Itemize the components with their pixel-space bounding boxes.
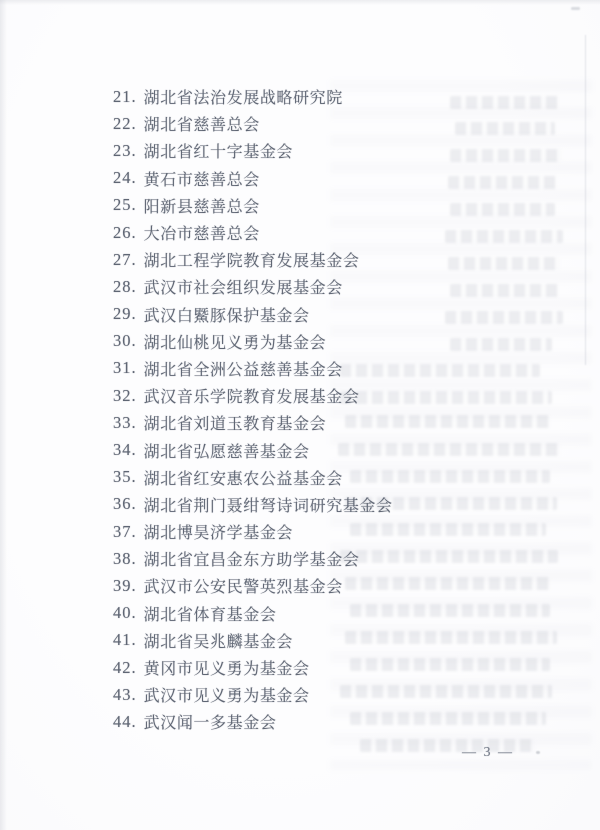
- list-item: 36.湖北省荆门聂绀弩诗词研究基金会: [113, 491, 393, 518]
- item-number: 32.: [113, 386, 137, 406]
- item-number: 27.: [113, 250, 137, 270]
- item-number: 39.: [113, 576, 137, 596]
- scan-speck: [536, 751, 540, 754]
- item-name: 湖北仙桃见义勇为基金会: [144, 330, 327, 353]
- item-name: 湖北省弘愿慈善基金会: [144, 439, 310, 462]
- bleed-through-row: [445, 230, 563, 243]
- list-item: 37.湖北博昊济学基金会: [113, 518, 393, 545]
- item-name: 湖北省全洲公益慈善基金会: [144, 357, 343, 380]
- item-name: 湖北省吴兆麟基金会: [144, 629, 293, 652]
- item-name: 黄冈市见义勇为基金会: [144, 656, 310, 679]
- bleed-through-row: [450, 284, 558, 297]
- list-item: 30.湖北仙桃见义勇为基金会: [113, 328, 393, 355]
- item-name: 武汉市见义勇为基金会: [144, 683, 310, 706]
- scan-edge-shadow-top: [0, 0, 600, 5]
- document-page: 21.湖北省法治发展战略研究院22.湖北省慈善总会23.湖北省红十字基金会24.…: [0, 0, 600, 830]
- item-name: 武汉白鱀豚保护基金会: [144, 303, 310, 326]
- item-name: 湖北省法治发展战略研究院: [144, 85, 343, 108]
- item-number: 43.: [113, 685, 137, 705]
- item-number: 34.: [113, 440, 137, 460]
- list-item: 31.湖北省全洲公益慈善基金会: [113, 355, 393, 382]
- item-name: 阳新县慈善总会: [144, 194, 260, 217]
- item-name: 湖北省荆门聂绀弩诗词研究基金会: [144, 493, 393, 516]
- item-number: 21.: [113, 87, 137, 107]
- list-item: 40.湖北省体育基金会: [113, 600, 393, 627]
- bleed-through-row: [450, 338, 552, 351]
- item-number: 42.: [113, 658, 137, 678]
- item-name: 湖北省体育基金会: [144, 602, 277, 625]
- item-number: 38.: [113, 549, 137, 569]
- list-item: 26.大冶市慈善总会: [113, 219, 393, 246]
- list-item: 34.湖北省弘愿慈善基金会: [113, 436, 393, 463]
- list-item: 23.湖北省红十字基金会: [113, 137, 393, 164]
- list-item: 21.湖北省法治发展战略研究院: [113, 83, 393, 110]
- list-item: 33.湖北省刘道玉教育基金会: [113, 409, 393, 436]
- item-name: 湖北博昊济学基金会: [144, 520, 293, 543]
- list-item: 44.武汉闻一多基金会: [113, 708, 393, 735]
- item-name: 湖北省慈善总会: [144, 112, 260, 135]
- bleed-through-row: [450, 203, 555, 216]
- item-number: 40.: [113, 603, 137, 623]
- scan-speck: [571, 7, 580, 10]
- item-number: 35.: [113, 467, 137, 487]
- item-number: 33.: [113, 413, 137, 433]
- bleed-through-row: [445, 311, 563, 324]
- item-number: 41.: [113, 630, 137, 650]
- scan-edge-shadow-left: [0, 0, 7, 830]
- bleed-through-row: [448, 176, 556, 189]
- page-number: — 3 —: [462, 745, 514, 761]
- item-number: 44.: [113, 712, 137, 732]
- item-number: 23.: [113, 141, 137, 161]
- item-name: 湖北工程学院教育发展基金会: [144, 248, 360, 271]
- list-item: 43.武汉市见义勇为基金会: [113, 681, 393, 708]
- item-number: 28.: [113, 277, 137, 297]
- list-item: 38.湖北省宜昌金东方助学基金会: [113, 545, 393, 572]
- list-item: 22.湖北省慈善总会: [113, 110, 393, 137]
- list-item: 27.湖北工程学院教育发展基金会: [113, 246, 393, 273]
- item-name: 大冶市慈善总会: [144, 221, 260, 244]
- item-number: 24.: [113, 168, 137, 188]
- bleed-through-row: [450, 96, 558, 109]
- item-name: 武汉市公安民警英烈基金会: [144, 574, 343, 597]
- item-name: 湖北省宜昌金东方助学基金会: [144, 547, 360, 570]
- list-item: 41.湖北省吴兆麟基金会: [113, 627, 393, 654]
- item-number: 22.: [113, 114, 137, 134]
- bleed-through-row: [450, 149, 562, 162]
- item-name: 湖北省红十字基金会: [144, 139, 293, 162]
- list-item: 25.阳新县慈善总会: [113, 192, 393, 219]
- item-name: 湖北省红安惠农公益基金会: [144, 466, 343, 489]
- item-name: 武汉音乐学院教育发展基金会: [144, 384, 360, 407]
- list-item: 39.武汉市公安民警英烈基金会: [113, 572, 393, 599]
- item-number: 26.: [113, 223, 137, 243]
- item-number: 37.: [113, 522, 137, 542]
- item-number: 25.: [113, 195, 137, 215]
- item-name: 黄石市慈善总会: [144, 167, 260, 190]
- list-item: 29.武汉白鱀豚保护基金会: [113, 301, 393, 328]
- org-list: 21.湖北省法治发展战略研究院22.湖北省慈善总会23.湖北省红十字基金会24.…: [113, 83, 393, 736]
- list-item: 24.黄石市慈善总会: [113, 165, 393, 192]
- bleed-through-row: [455, 122, 555, 135]
- list-item: 35.湖北省红安惠农公益基金会: [113, 464, 393, 491]
- item-number: 30.: [113, 331, 137, 351]
- bleed-through-row: [448, 257, 560, 270]
- item-name: 湖北省刘道玉教育基金会: [144, 411, 327, 434]
- item-number: 29.: [113, 304, 137, 324]
- scan-crease-line: [585, 35, 586, 365]
- list-item: 42.黄冈市见义勇为基金会: [113, 654, 393, 681]
- item-name: 武汉闻一多基金会: [144, 710, 277, 733]
- item-number: 36.: [113, 494, 137, 514]
- list-item: 28.武汉市社会组织发展基金会: [113, 273, 393, 300]
- list-item: 32.武汉音乐学院教育发展基金会: [113, 382, 393, 409]
- item-number: 31.: [113, 358, 137, 378]
- item-name: 武汉市社会组织发展基金会: [144, 275, 343, 298]
